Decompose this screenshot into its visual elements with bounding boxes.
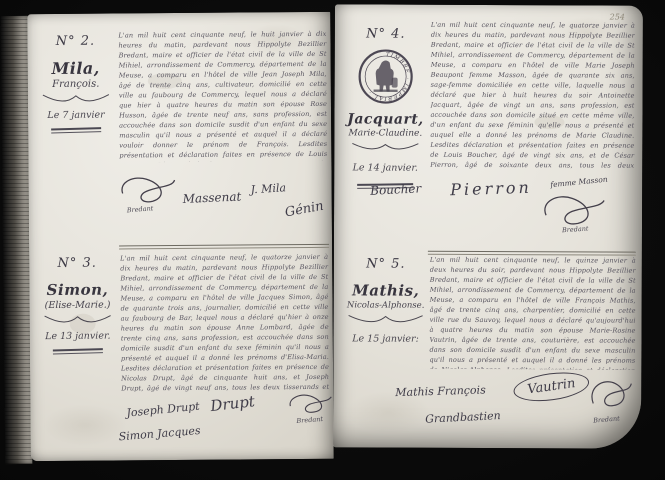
signature: Bredant (593, 414, 620, 424)
margin-entry-act3: N° 3. Simon, (Elise-Marie.) Le 13 janvie… (37, 255, 118, 354)
stamp-figure-icon (392, 78, 398, 88)
signature-paraphe-icon (583, 373, 633, 413)
act3-margin-date: Le 13 janvier. (38, 330, 118, 342)
flourish-icon (346, 312, 426, 323)
signature: femme Masson (550, 175, 608, 190)
act4-text: L'an mil huit cent cinquante neuf, le qu… (430, 20, 635, 171)
act5-text: L'an mil huit cent cinquante neuf, le qu… (429, 255, 635, 370)
register-book-photo: N° 2. Mila, François. Le 7 janvier L'an … (0, 0, 665, 480)
act5-firstname: Nicolas-Alphonse. (344, 300, 428, 310)
signature-paraphe-icon (116, 171, 178, 205)
signature: Massenat (182, 190, 241, 206)
margin-entry-act5: N° 5. Mathis, Nicolas-Alphonse. Le 15 ja… (343, 256, 427, 344)
signature: Drupt (209, 392, 255, 415)
act4-number: N° 4. (345, 26, 427, 41)
signature: Génin (284, 199, 325, 221)
act5-signatures: Mathis François Grandbastien Vautrin Bre… (367, 370, 635, 443)
signature: J. Mila (250, 181, 286, 196)
flourish-icon (40, 92, 112, 104)
act2-surname: Mila, (36, 59, 116, 79)
act2-number: N° 2. (35, 34, 115, 50)
signature: Bredant (562, 225, 589, 235)
signature: Bredant (296, 415, 323, 425)
signature: Boucher (370, 181, 422, 197)
signature: Mathis François (395, 383, 486, 399)
flourish-icon (349, 140, 421, 150)
act3-firstname: (Elise-Marie.) (37, 299, 117, 311)
act2-text: L'an mil huit cent cinquante neuf, le hu… (118, 29, 327, 163)
left-page: N° 2. Mila, François. Le 7 janvier L'an … (27, 12, 334, 461)
act3-surname: Simon, (37, 280, 117, 299)
stamp-base-icon (374, 89, 398, 92)
act-divider (119, 244, 329, 250)
act2-firstname: François. (36, 79, 116, 91)
signature: Joseph Drupt (126, 400, 200, 420)
act4-margin-date: Le 14 janvier. (344, 162, 426, 173)
act3-text: L'an mil huit cent cinquante neuf, le qu… (120, 252, 329, 394)
signature: Simon Jacques (118, 424, 201, 443)
right-page: 254 N° 4. TIMBRE · IMPÉRIAL · Jacquart, (333, 4, 643, 448)
margin-rule (51, 127, 101, 133)
signature-paraphe-icon (286, 390, 334, 416)
signature: Bredant (127, 204, 154, 214)
act3-number: N° 3. (37, 255, 117, 271)
signature: Grandbastien (425, 409, 501, 426)
flourish-icon (42, 313, 114, 325)
act4-surname: Jacquart, (344, 111, 426, 127)
act2-margin-date: Le 7 janvier (36, 110, 116, 122)
margin-entry-act4: N° 4. TIMBRE · IMPÉRIAL · Jacquart, Mari… (344, 26, 427, 188)
act5-number: N° 5. (344, 256, 428, 271)
signature-paraphe-icon (538, 189, 608, 227)
act5-surname: Mathis, (344, 281, 428, 299)
signature: Pierron (450, 178, 532, 199)
margin-entry-act2: N° 2. Mila, François. Le 7 janvier (35, 34, 116, 134)
imperial-stamp: TIMBRE · IMPÉRIAL · (357, 47, 415, 105)
act3-signatures: Joseph Drupt Drupt Bredant Simon Jacques (118, 394, 334, 456)
act4-firstname: Marie-Claudine. (344, 128, 426, 138)
margin-rule (53, 348, 103, 354)
signature: Vautrin (512, 368, 591, 405)
act5-margin-date: Le 15 janvier: (343, 333, 427, 344)
stamp-figure-icon (376, 61, 394, 92)
act4-signatures: Boucher Pierron femme Masson Bredant (346, 174, 636, 239)
act2-signatures: Bredant Massenat J. Mila Génin (116, 162, 331, 238)
